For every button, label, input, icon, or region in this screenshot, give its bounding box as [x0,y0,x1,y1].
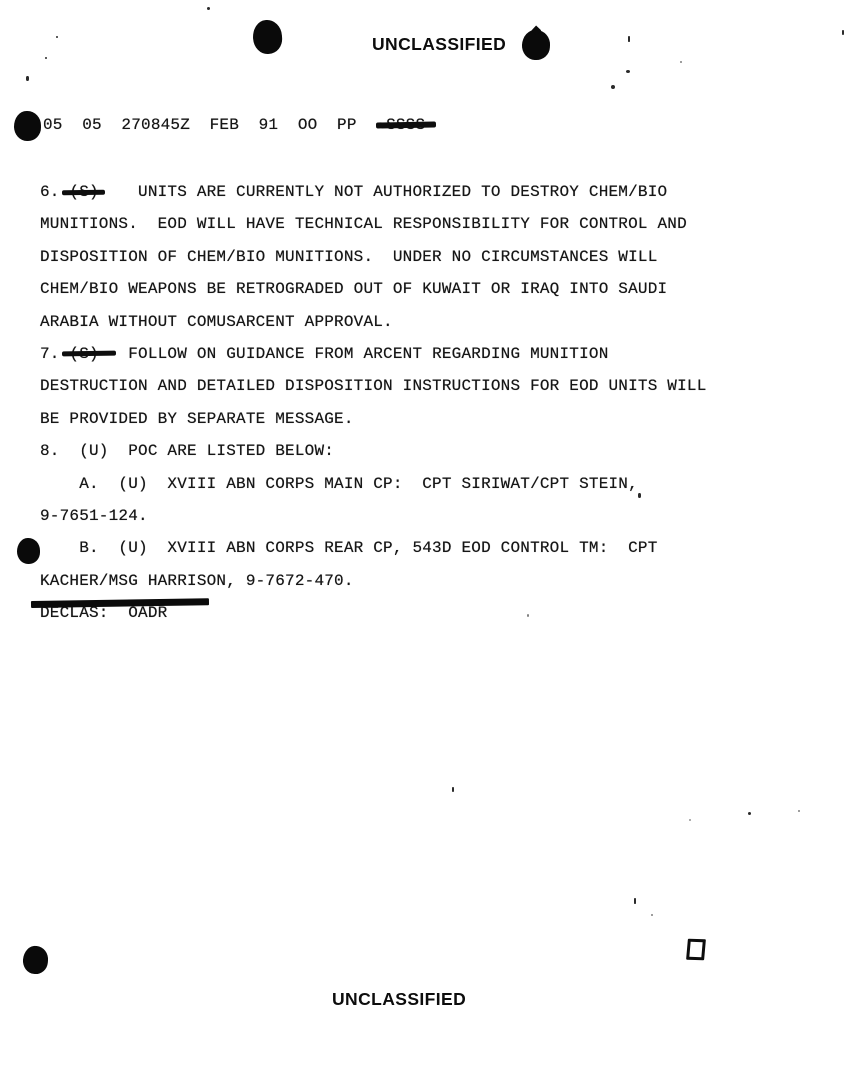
document-line: 8. (U) POC ARE LISTED BELOW: [40,435,707,467]
text-segment: CHEM/BIO WEAPONS BE RETROGRADED OUT OF K… [40,280,667,298]
document-line: BE PROVIDED BY SEPARATE MESSAGE. [40,403,707,435]
ink-blot-icon [17,538,40,564]
scan-speck [680,61,682,63]
text-segment: ARABIA WITHOUT COMUSARCENT APPROVAL. [40,313,393,331]
text-segment: KACHER/MSG HARRISON, 9-7672-470. [40,572,354,590]
document-line: CHEM/BIO WEAPONS BE RETROGRADED OUT OF K… [40,273,707,305]
scan-speck [452,787,454,792]
stamp-outline-icon [686,939,706,961]
redacted-classification-marking: (S) [69,345,98,363]
message-header-line: 05 05 270845Z FEB 91 OO PP SSSS [43,115,425,135]
document-line: 7. (S) FOLLOW ON GUIDANCE FROM ARCENT RE… [40,338,707,370]
classification-banner-bottom: UNCLASSIFIED [332,989,466,1009]
scan-speck [45,57,47,59]
scan-speck [56,36,58,38]
scan-speck [634,898,636,904]
document-line: MUNITIONS. EOD WILL HAVE TECHNICAL RESPO… [40,208,707,240]
text-segment: 9-7651-124. [40,507,148,525]
ink-blot-icon [14,111,41,141]
text-segment: MUNITIONS. EOD WILL HAVE TECHNICAL RESPO… [40,215,687,233]
scan-speck [527,614,529,617]
text-segment: 05 05 270845Z FEB 91 OO PP [43,116,386,134]
scan-speck [798,810,800,812]
document-line: B. (U) XVIII ABN CORPS REAR CP, 543D EOD… [40,532,707,564]
scan-speck [842,30,844,35]
scan-speck [26,76,29,81]
document-line: DECLAS: OADR [40,597,707,629]
scan-speck [611,85,615,89]
text-segment: DESTRUCTION AND DETAILED DISPOSITION INS… [40,377,707,395]
document-line: 6. (S) UNITS ARE CURRENTLY NOT AUTHORIZE… [40,176,707,208]
text-segment: A. (U) XVIII ABN CORPS MAIN CP: CPT SIRI… [40,475,638,493]
redacted-classification-marking: (S) [69,183,98,201]
document-body: 6. (S) UNITS ARE CURRENTLY NOT AUTHORIZE… [40,176,707,629]
ink-blot-icon [252,19,283,55]
scan-speck [651,914,653,916]
text-segment: 8. (U) POC ARE LISTED BELOW: [40,442,334,460]
scan-speck [748,812,751,815]
scanned-document-page: UNCLASSIFIED 05 05 270845Z FEB 91 OO PP … [0,0,850,1071]
text-segment: UNITS ARE CURRENTLY NOT AUTHORIZED TO DE… [99,183,668,201]
document-line: DESTRUCTION AND DETAILED DISPOSITION INS… [40,370,707,402]
document-line: 9-7651-124. [40,500,707,532]
document-line: A. (U) XVIII ABN CORPS MAIN CP: CPT SIRI… [40,468,707,500]
redacted-classification-marking: SSSS [386,116,425,134]
text-segment: B. (U) XVIII ABN CORPS REAR CP, 543D EOD… [40,539,658,557]
scan-speck [638,493,641,498]
scan-speck [207,7,210,10]
document-line: DISPOSITION OF CHEM/BIO MUNITIONS. UNDER… [40,241,707,273]
scan-speck [689,819,691,821]
classification-banner-top: UNCLASSIFIED [372,34,506,54]
text-segment: FOLLOW ON GUIDANCE FROM ARCENT REGARDING… [99,345,609,363]
document-line: KACHER/MSG HARRISON, 9-7672-470. [40,565,707,597]
text-segment: BE PROVIDED BY SEPARATE MESSAGE. [40,410,354,428]
scan-speck [626,70,630,73]
ink-blot-icon [521,29,551,60]
ink-blot-icon [22,945,49,975]
document-line: ARABIA WITHOUT COMUSARCENT APPROVAL. [40,306,707,338]
text-segment: DISPOSITION OF CHEM/BIO MUNITIONS. UNDER… [40,248,658,266]
scan-speck [628,36,630,42]
text-segment: DECLAS: OADR [40,604,167,622]
